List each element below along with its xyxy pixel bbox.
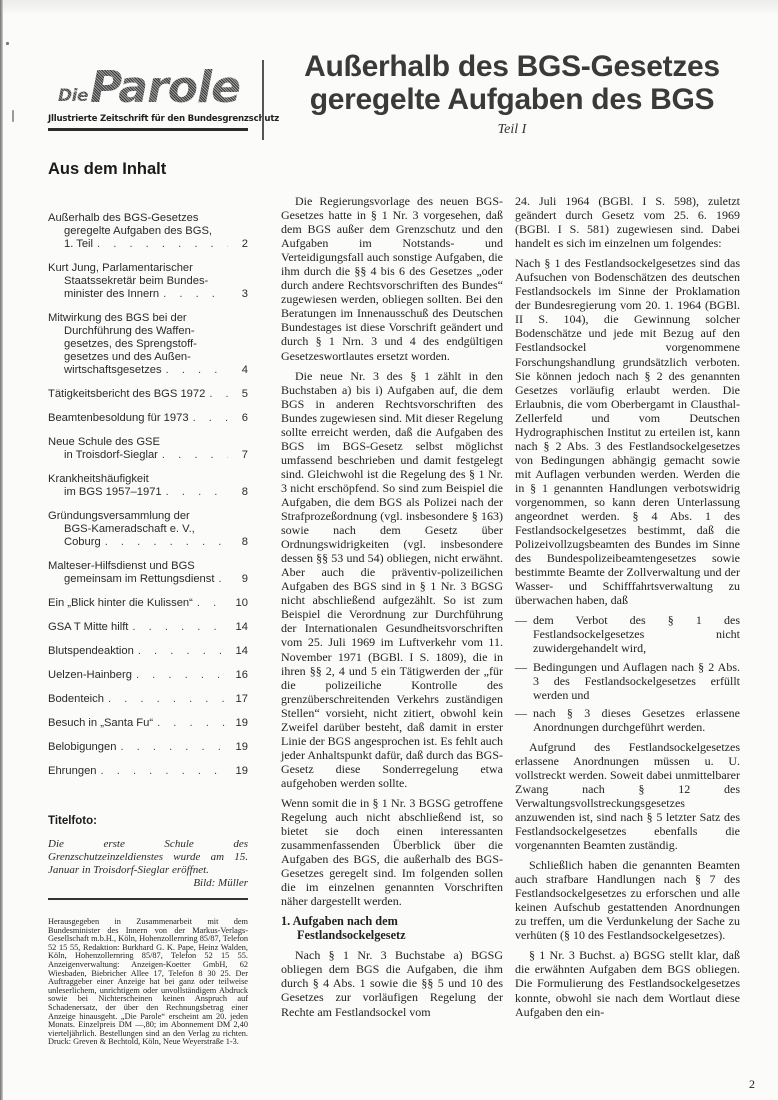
toc-entry-line: Coburg. . . . . . . . . . . . . . . . . … <box>48 536 248 549</box>
paragraph: § 1 Nr. 3 Buchst. a) BGSG stellt klar, d… <box>515 948 740 1018</box>
toc-entry-line: in Troisdorf-Sieglar. . . . . . . . . . … <box>48 449 248 462</box>
table-of-contents: Aus dem Inhalt Außerhalb des BGS-Gesetze… <box>48 160 248 789</box>
toc-entry-line: Gründungsversammlung der <box>48 510 248 523</box>
paragraph: Nach § 1 Nr. 3 Buchstabe a) BGSG obliege… <box>281 948 503 1018</box>
toc-leader-dots: . . . . . . . . . . . . . . . . . . . <box>162 486 228 499</box>
paragraph: Die Regierungsvorlage des neuen BGS-Gese… <box>281 194 503 363</box>
toc-page-number: 6 <box>228 412 248 425</box>
toc-leader-dots: . . . . . . . . . . . . . . . . . . . <box>116 741 228 754</box>
photo-credit: Bild: Müller <box>193 877 248 890</box>
toc-entry-line: Mitwirkung des BGS bei der <box>48 312 248 325</box>
toc-entry[interactable]: Uelzen-Hainberg. . . . . . . . . . . . .… <box>48 669 248 682</box>
toc-entry[interactable]: GSA T Mitte hilft. . . . . . . . . . . .… <box>48 621 248 634</box>
article-column-2: 24. Juli 1964 (BGBl. I S. 598), zuletzt … <box>515 194 740 1025</box>
toc-entry-text: Belobigungen <box>48 741 116 754</box>
list-item: nach § 3 dieses Gesetzes erlassene Anord… <box>515 706 740 734</box>
toc-entry-line: Blutspendeaktion. . . . . . . . . . . . … <box>48 645 248 658</box>
magazine-tagline: Jllustrierte Zeitschrift für den Bundesg… <box>48 114 248 124</box>
toc-entry-text: Staatssekretär beim Bundes- <box>64 275 208 287</box>
toc-entry-text: BGS-Kameradschaft e. V., <box>64 523 195 535</box>
logo-prefix: Die <box>58 86 88 106</box>
toc-page-number: 7 <box>228 449 248 462</box>
headline-line-2: geregelte Aufgaben des BGS <box>292 83 732 116</box>
toc-entry[interactable]: Belobigungen. . . . . . . . . . . . . . … <box>48 741 248 754</box>
toc-entry[interactable]: Gründungsversammlung derBGS-Kameradschaf… <box>48 510 248 549</box>
toc-entry[interactable]: Tätigkeitsbericht des BGS 1972. . . . . … <box>48 388 248 401</box>
toc-entry-text: Coburg <box>64 536 101 549</box>
toc-entry-line: wirtschaftsgesetzes. . . . . . . . . . .… <box>48 364 248 377</box>
paragraph: Wenn somit die in § 1 Nr. 3 BGSG getroff… <box>281 796 503 908</box>
toc-page-number: 16 <box>228 669 248 682</box>
toc-leader-dots: . . . . . . . . . . . . . . . . . . . <box>128 621 228 634</box>
article-headline: Außerhalb des BGS-Gesetzes geregelte Auf… <box>292 50 732 116</box>
toc-entry-text: Kurt Jung, Parlamentarischer <box>48 262 193 274</box>
toc-leader-dots: . . . . . . . . . . . . . . . . . . . <box>134 645 228 658</box>
toc-entry-line: Staatssekretär beim Bundes- <box>48 275 248 288</box>
logo-main: Parole <box>90 66 240 110</box>
toc-leader-dots: . . . . . . . . . . . . . . . . . . . <box>189 412 228 425</box>
toc-page-number: 14 <box>228 621 248 634</box>
toc-entry-text: in Troisdorf-Sieglar <box>64 449 158 462</box>
page-number: 2 <box>749 1077 755 1092</box>
toc-page-number: 9 <box>228 573 248 586</box>
toc-leader-dots: . . . . . . . . . . . . . . . . . . . <box>205 388 228 401</box>
toc-entry-line: gesetzes und des Außen- <box>48 351 248 364</box>
toc-entry-text: gesetzes und des Außen- <box>64 351 191 363</box>
toc-page-number: 5 <box>228 388 248 401</box>
cover-photo-caption: Die erste Schule des Grenzschutzeinzeldi… <box>48 838 248 890</box>
toc-page-number: 10 <box>228 597 248 610</box>
toc-entry-text: Ehrungen <box>48 765 97 778</box>
toc-page-number: 14 <box>228 645 248 658</box>
toc-leader-dots: . . . . . . . . . . . . . . . . . . . <box>132 669 228 682</box>
toc-entry-text: Malteser-Hilfsdienst und BGS <box>48 560 195 572</box>
toc-leader-dots: . . . . . . . . . . . . . . . . . . . <box>153 717 228 730</box>
toc-page-number: 8 <box>228 536 248 549</box>
toc-entry-text: Mitwirkung des BGS bei der <box>48 312 187 324</box>
toc-entry-line: minister des Innern. . . . . . . . . . .… <box>48 288 248 301</box>
toc-entry-line: gesetzes, des Sprengstoff- <box>48 338 248 351</box>
caption-text: Die erste Schule des Grenzschutzeinzeldi… <box>48 838 248 876</box>
toc-entry[interactable]: Ein „Blick hinter die Kulissen“. . . . .… <box>48 597 248 610</box>
cover-photo-title: Titelfoto: <box>48 815 248 827</box>
masthead: Die Parole Jllustrierte Zeitschrift für … <box>48 64 248 131</box>
toc-title: Aus dem Inhalt <box>48 160 248 179</box>
toc-entry-line: Beamtenbesoldung für 1973. . . . . . . .… <box>48 412 248 425</box>
paragraph: Aufgrund des Festlandsockelgesetzes erla… <box>515 740 740 852</box>
toc-entry-text: Uelzen-Hainberg <box>48 669 132 682</box>
toc-entry-text: gesetzes, des Sprengstoff- <box>64 338 197 350</box>
toc-entry-text: gemeinsam im Rettungsdienst <box>64 573 214 586</box>
toc-entry-text: minister des Innern <box>64 288 159 301</box>
toc-page-number: 19 <box>228 741 248 754</box>
toc-entry-line: Neue Schule des GSE <box>48 436 248 449</box>
toc-entry[interactable]: Ehrungen. . . . . . . . . . . . . . . . … <box>48 765 248 778</box>
toc-entry[interactable]: Besuch in „Santa Fu“. . . . . . . . . . … <box>48 717 248 730</box>
toc-entry-line: im BGS 1957–1971. . . . . . . . . . . . … <box>48 486 248 499</box>
toc-leader-dots: . . . . . . . . . . . . . . . . . . . <box>93 238 228 251</box>
imprint-text: Herausgegeben in Zusammenarbeit mit dem … <box>48 918 248 1047</box>
toc-entry-line: Ein „Blick hinter die Kulissen“. . . . .… <box>48 597 248 610</box>
toc-entry-text: Neue Schule des GSE <box>48 436 160 448</box>
toc-entry-text: 1. Teil <box>64 238 93 251</box>
toc-entry-text: geregelte Aufgaben des BGS, <box>64 225 212 237</box>
toc-entry-text: GSA T Mitte hilft <box>48 621 128 634</box>
toc-leader-dots: . . . . . . . . . . . . . . . . . . . <box>214 573 228 586</box>
toc-leader-dots: . . . . . . . . . . . . . . . . . . . <box>97 765 228 778</box>
article-column-1: Die Regierungsvorlage des neuen BGS-Gese… <box>281 194 503 1025</box>
toc-entry-line: Kurt Jung, Parlamentarischer <box>48 262 248 275</box>
toc-entry[interactable]: Beamtenbesoldung für 1973. . . . . . . .… <box>48 412 248 425</box>
list-item: Bedingungen und Auflagen nach § 2 Abs. 3… <box>515 660 740 702</box>
toc-leader-dots: . . . . . . . . . . . . . . . . . . . <box>193 597 228 610</box>
toc-entry-line: 1. Teil. . . . . . . . . . . . . . . . .… <box>48 238 248 251</box>
toc-entry-text: Krankheitshäufigkeit <box>48 473 149 485</box>
toc-entry-line: gemeinsam im Rettungsdienst. . . . . . .… <box>48 573 248 586</box>
toc-entry-text: Außerhalb des BGS-Gesetzes <box>48 212 198 224</box>
toc-entry-text: Blutspendeaktion <box>48 645 134 658</box>
toc-page-number: 2 <box>228 238 248 251</box>
toc-entry-text: Besuch in „Santa Fu“ <box>48 717 153 730</box>
toc-entry-line: Krankheitshäufigkeit <box>48 473 248 486</box>
toc-entry-line: Tätigkeitsbericht des BGS 1972. . . . . … <box>48 388 248 401</box>
toc-entry-line: Malteser-Hilfsdienst und BGS <box>48 560 248 573</box>
toc-entry-text: Bodenteich <box>48 693 104 706</box>
paragraph: Nach § 1 des Festlandsockelgesetzes sind… <box>515 256 740 607</box>
toc-page-number: 17 <box>228 693 248 706</box>
toc-entry-text: Durchführung des Waffen- <box>64 325 195 337</box>
list-item: dem Verbot des § 1 des Festlandsockelges… <box>515 613 740 655</box>
imprint-divider <box>48 898 248 900</box>
toc-entry-text: Tätigkeitsbericht des BGS 1972 <box>48 388 205 401</box>
toc-leader-dots: . . . . . . . . . . . . . . . . . . . <box>104 693 228 706</box>
toc-entry-line: Außerhalb des BGS-Gesetzes <box>48 212 248 225</box>
scan-speck <box>6 42 9 45</box>
toc-leader-dots: . . . . . . . . . . . . . . . . . . . <box>158 449 228 462</box>
toc-page-number: 8 <box>228 486 248 499</box>
toc-entry-text: Gründungsversammlung der <box>48 510 190 522</box>
toc-entry-text: wirtschaftsgesetzes <box>64 364 162 377</box>
dash-list: dem Verbot des § 1 des Festlandsockelges… <box>515 613 740 733</box>
toc-leader-dots: . . . . . . . . . . . . . . . . . . . <box>159 288 228 301</box>
masthead-divider <box>262 60 264 140</box>
toc-entry[interactable]: Krankheitshäufigkeitim BGS 1957–1971. . … <box>48 473 248 499</box>
page-binding-edge <box>0 0 3 1100</box>
toc-entry-line: BGS-Kameradschaft e. V., <box>48 523 248 536</box>
toc-entry[interactable]: Bodenteich. . . . . . . . . . . . . . . … <box>48 693 248 706</box>
toc-page-number: 3 <box>228 288 248 301</box>
headline-line-1: Außerhalb des BGS-Gesetzes <box>292 50 732 83</box>
toc-entry[interactable]: Kurt Jung, ParlamentarischerStaatssekret… <box>48 262 248 301</box>
toc-page-number: 19 <box>228 765 248 778</box>
toc-entry-line: Bodenteich. . . . . . . . . . . . . . . … <box>48 693 248 706</box>
toc-entry-line: geregelte Aufgaben des BGS, <box>48 225 248 238</box>
toc-entry[interactable]: Außerhalb des BGS-Gesetzesgeregelte Aufg… <box>48 212 248 251</box>
toc-entry[interactable]: Blutspendeaktion. . . . . . . . . . . . … <box>48 645 248 658</box>
page-top-shadow <box>0 0 778 16</box>
toc-leader-dots: . . . . . . . . . . . . . . . . . . . <box>101 536 228 549</box>
paragraph: Schließlich haben die genannten Beamten … <box>515 858 740 942</box>
toc-entry-text: im BGS 1957–1971 <box>64 486 162 499</box>
toc-list: Außerhalb des BGS-Gesetzesgeregelte Aufg… <box>48 212 248 778</box>
section-heading: 1. Aufgaben nach dem Festlandsockelgeset… <box>281 914 503 942</box>
toc-entry-text: Ein „Blick hinter die Kulissen“ <box>48 597 193 610</box>
toc-entry-line: Uelzen-Hainberg. . . . . . . . . . . . .… <box>48 669 248 682</box>
toc-entry-line: Belobigungen. . . . . . . . . . . . . . … <box>48 741 248 754</box>
toc-entry-line: GSA T Mitte hilft. . . . . . . . . . . .… <box>48 621 248 634</box>
paragraph: Die neue Nr. 3 des § 1 zählt in den Buch… <box>281 369 503 790</box>
scan-speck <box>12 110 14 122</box>
toc-entry-line: Besuch in „Santa Fu“. . . . . . . . . . … <box>48 717 248 730</box>
toc-entry[interactable]: Neue Schule des GSEin Troisdorf-Sieglar.… <box>48 436 248 462</box>
toc-leader-dots: . . . . . . . . . . . . . . . . . . . <box>162 364 228 377</box>
magazine-logo: Die Parole <box>50 64 248 110</box>
toc-entry[interactable]: Malteser-Hilfsdienst und BGSgemeinsam im… <box>48 560 248 586</box>
toc-entry-line: Ehrungen. . . . . . . . . . . . . . . . … <box>48 765 248 778</box>
toc-entry-text: Beamtenbesoldung für 1973 <box>48 412 189 425</box>
toc-page-number: 4 <box>228 364 248 377</box>
article-part-label: Teil I <box>292 122 732 138</box>
toc-entry[interactable]: Mitwirkung des BGS bei derDurchführung d… <box>48 312 248 377</box>
masthead-rule <box>48 128 248 131</box>
toc-entry-line: Durchführung des Waffen- <box>48 325 248 338</box>
paragraph: 24. Juli 1964 (BGBl. I S. 598), zuletzt … <box>515 194 740 250</box>
toc-page-number: 19 <box>228 717 248 730</box>
